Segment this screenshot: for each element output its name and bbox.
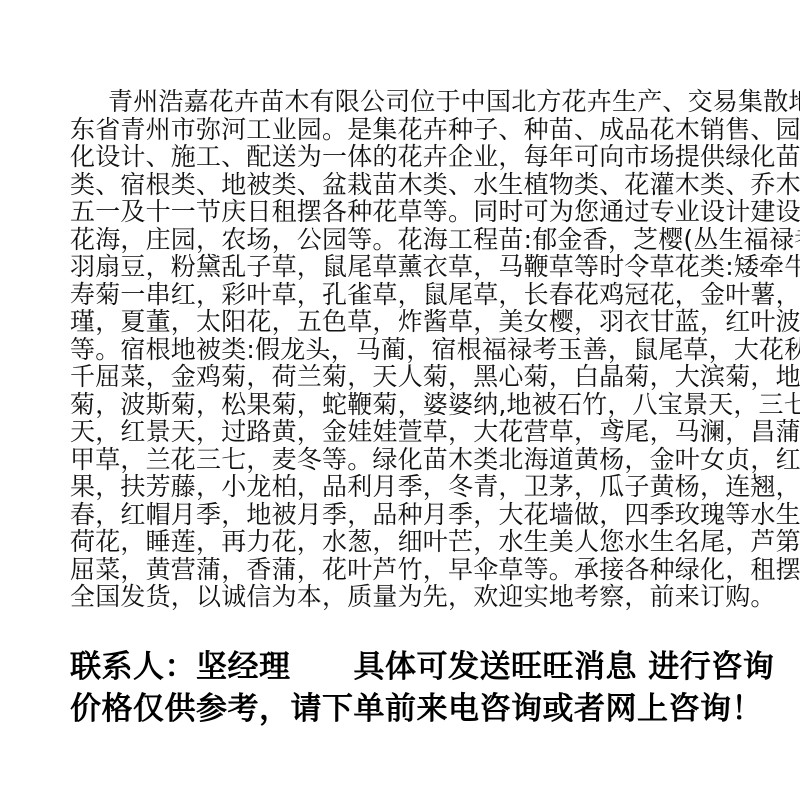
paragraph-line: 类、宿根类、地被类、盆栽苗木类、水生植物类、花灌木类、乔木类、 (70, 171, 760, 199)
paragraph-line: 全国发货，以诚信为本，质量为先，欢迎实地考察，前来订购。 (70, 583, 760, 611)
paragraph-line: 化设计、施工、配送为一体的花卉企业，每年可向市场提供绿化苗木 (70, 143, 760, 171)
paragraph-line: 荷花，睡莲，再力花，水葱，细叶芒，水生美人您水生名尾，芦第、千 (70, 528, 760, 556)
paragraph-line: 天，红景天，过路黄，金娃娃萱草，大花营草，鸢尾，马澜，昌蒲，佛 (70, 418, 760, 446)
paragraph-line: 千屈菜，金鸡菊，荷兰菊，天人菊，黑心菊，白晶菊，大滨菊，地被 (70, 363, 760, 391)
paragraph-line: 瑾，夏董，太阳花，五色草，炸酱草，美女樱，羽衣甘蓝，红叶波菜 (70, 308, 760, 336)
paragraph-line: 甲草，兰花三七，麦冬等。绿化苗木类北海道黄杨，金叶女贞，红叶小 (70, 446, 760, 474)
paragraph-line: 春，红帽月季，地被月季，品种月季，大花墙做，四季玫瑰等水生植物: (70, 501, 760, 529)
paragraph-line: 花海，庄园，农场，公园等。花海工程苗:郁金香，芝樱(丛生福禄考)， (70, 226, 760, 254)
contact-line-2: 价格仅供参考，请下单前来电咨询或者网上咨询！ (70, 688, 770, 730)
paragraph-line: 等。宿根地被类:假龙头，马蔺，宿根福禄考玉善，鼠尾草，大花秋葵， (70, 336, 760, 364)
paragraph-line: 羽扇豆，粉黛乱子草，鼠尾草薰衣草，马鞭草等时令草花类:矮牵牛，万 (70, 253, 760, 281)
paragraph-line: 东省青州市弥河工业园。是集花卉种子、种苗、成品花木销售、园林绿 (70, 116, 760, 144)
contact-info: 联系人：坚经理 具体可发送旺旺消息 进行咨询 价格仅供参考，请下单前来电咨询或者… (70, 646, 770, 730)
paragraph-line: 菊，波斯菊，松果菊，蛇鞭菊，婆婆纳,地被石竹，八宝景天，三七景 (70, 391, 760, 419)
paragraph-line: 青州浩嘉花卉苗木有限公司位于中国北方花卉生产、交易集散地山 (70, 88, 760, 116)
contact-line-1: 联系人：坚经理 具体可发送旺旺消息 进行咨询 (70, 646, 770, 688)
paragraph-line: 五一及十一节庆日租摆各种花草等。同时可为您通过专业设计建设各种 (70, 198, 760, 226)
paragraph-line: 屈菜，黄营蒲，香蒲，花叶芦竹，早伞草等。承接各种绿化，租摆工程 (70, 556, 760, 584)
document-page: 青州浩嘉花卉苗木有限公司位于中国北方花卉生产、交易集散地山 东省青州市弥河工业园… (0, 0, 800, 800)
paragraph-line: 寿菊一串红，彩叶草，孔雀草，鼠尾草，长春花鸡冠花，金叶薯，三色 (70, 281, 760, 309)
company-description: 青州浩嘉花卉苗木有限公司位于中国北方花卉生产、交易集散地山 东省青州市弥河工业园… (70, 88, 760, 611)
paragraph-line: 果，扶芳藤，小龙柏，品利月季，冬青，卫茅，瓜子黄杨，连翘，迎 (70, 473, 760, 501)
